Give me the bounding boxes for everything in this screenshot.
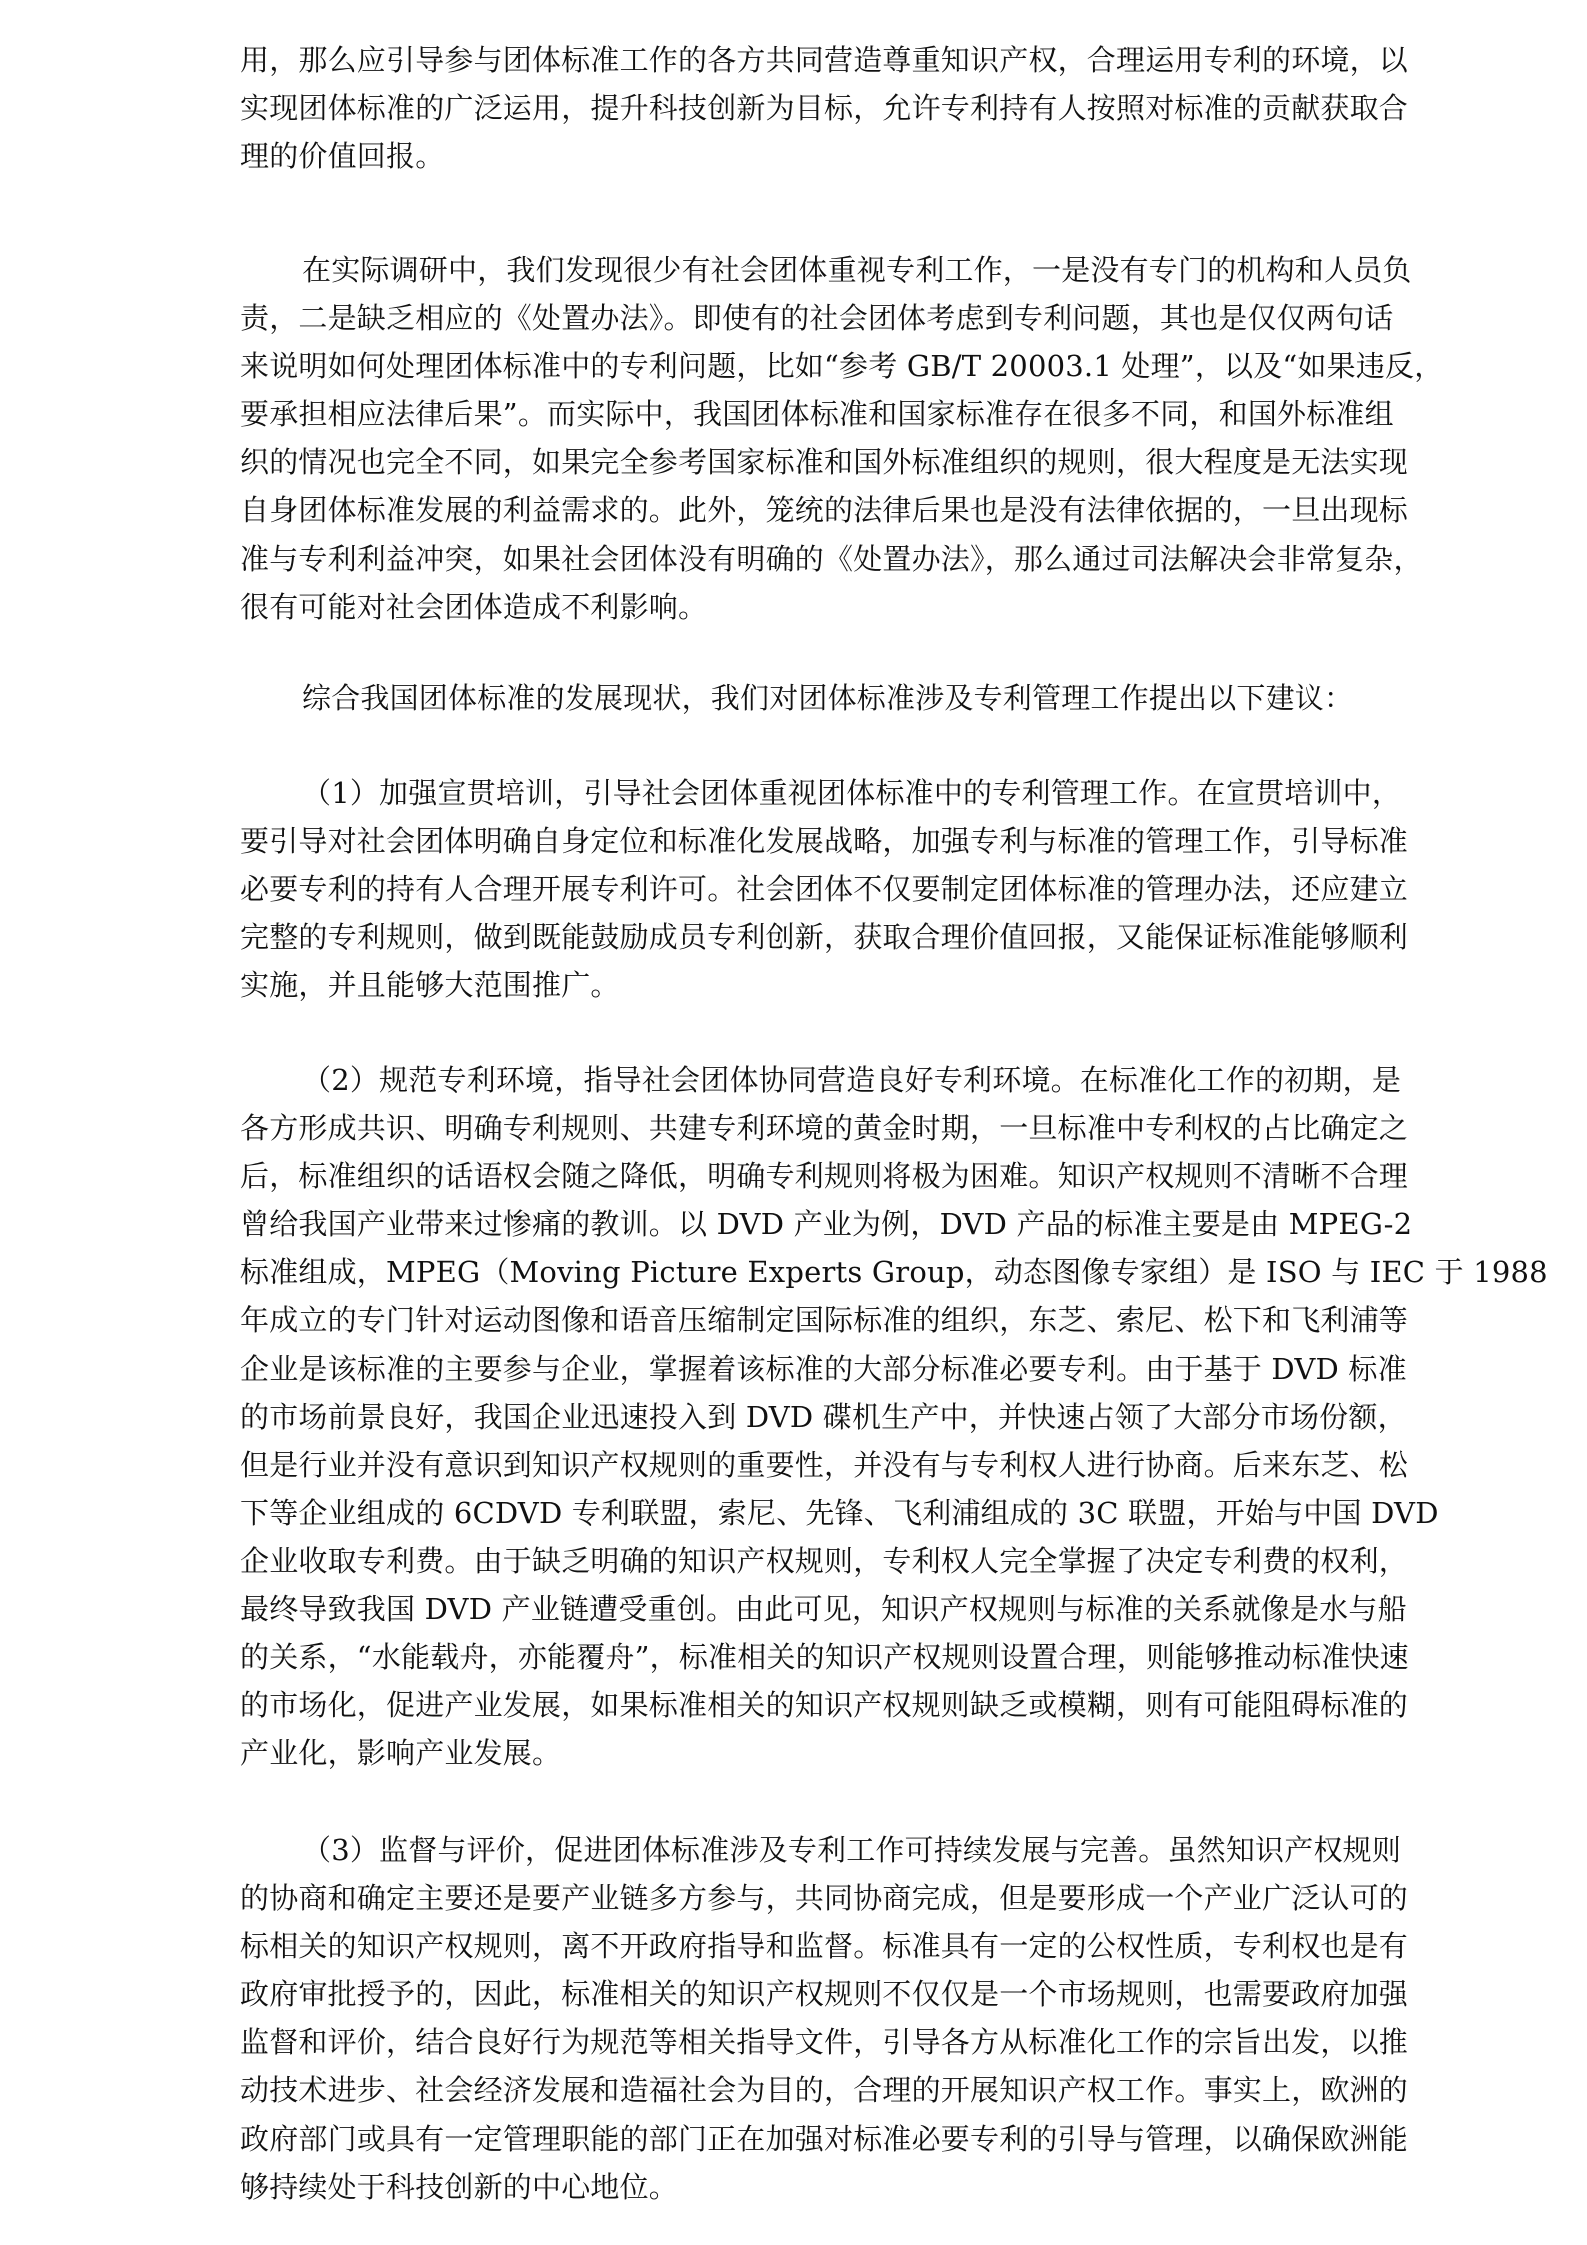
text-line: 标准组成，MPEG（Moving Picture Experts Group，动… [240, 1248, 1348, 1296]
text-line: （1）加强宣贯培训，引导社会团体重视团体标准中的专利管理工作。在宣贯培训中， [240, 769, 1348, 817]
text-line: 织的情况也完全不同，如果完全参考国家标准和国外标准组织的规则，很大程度是无法实现 [240, 438, 1348, 486]
paragraph-recommendation-1: （1）加强宣贯培训，引导社会团体重视团体标准中的专利管理工作。在宣贯培训中， 要… [240, 769, 1348, 1009]
text-line: 的市场化，促进产业发展，如果标准相关的知识产权规则缺乏或模糊，则有可能阻碍标准的 [240, 1681, 1348, 1729]
text-line: 准与专利利益冲突，如果社会团体没有明确的《处置办法》，那么通过司法解决会非常复杂… [240, 535, 1348, 583]
text-line: 的关系，“水能载舟，亦能覆舟”，标准相关的知识产权规则设置合理，则能够推动标准快… [240, 1633, 1348, 1681]
paragraph-continuation: 用，那么应引导参与团体标准工作的各方共同营造尊重知识产权，合理运用专利的环境，以… [240, 36, 1348, 180]
text-line: 动技术进步、社会经济发展和造福社会为目的，合理的开展知识产权工作。事实上，欧洲的 [240, 2066, 1348, 2114]
text-line: 实施，并且能够大范围推广。 [240, 961, 1348, 1009]
text-line: 最终导致我国 DVD 产业链遭受重创。由此可见，知识产权规则与标准的关系就像是水… [240, 1585, 1348, 1633]
text-line: 实现团体标准的广泛运用，提升科技创新为目标，允许专利持有人按照对标准的贡献获取合 [240, 84, 1348, 132]
text-line: 必要专利的持有人合理开展专利许可。社会团体不仅要制定团体标准的管理办法，还应建立 [240, 865, 1348, 913]
text-line: 政府部门或具有一定管理职能的部门正在加强对标准必要专利的引导与管理，以确保欧洲能 [240, 2115, 1348, 2163]
text-line: 综合我国团体标准的发展现状，我们对团体标准涉及专利管理工作提出以下建议： [240, 674, 1348, 722]
text-line: 的协商和确定主要还是要产业链多方参与，共同协商完成，但是要形成一个产业广泛认可的 [240, 1874, 1348, 1922]
text-line: 的市场前景良好，我国企业迅速投入到 DVD 碟机生产中，并快速占领了大部分市场份… [240, 1393, 1348, 1441]
text-line: 产业化，影响产业发展。 [240, 1729, 1348, 1777]
paragraph-recommendation-2: （2）规范专利环境，指导社会团体协同营造良好专利环境。在标准化工作的初期，是 各… [240, 1056, 1348, 1777]
text-line: 各方形成共识、明确专利规则、共建专利环境的黄金时期，一旦标准中专利权的占比确定之 [240, 1104, 1348, 1152]
text-line: 自身团体标准发展的利益需求的。此外，笼统的法律后果也是没有法律依据的，一旦出现标 [240, 486, 1348, 534]
text-line: 政府审批授予的，因此，标准相关的知识产权规则不仅仅是一个市场规则，也需要政府加强 [240, 1970, 1348, 2018]
text-line: 完整的专利规则，做到既能鼓励成员专利创新，获取合理价值回报，又能保证标准能够顺利 [240, 913, 1348, 961]
paragraph-recommendations-intro: 综合我国团体标准的发展现状，我们对团体标准涉及专利管理工作提出以下建议： [240, 674, 1348, 722]
text-line: 够持续处于科技创新的中心地位。 [240, 2163, 1348, 2211]
text-line: 很有可能对社会团体造成不利影响。 [240, 583, 1348, 631]
text-line: 理的价值回报。 [240, 132, 1348, 180]
text-line: 标相关的知识产权规则，离不开政府指导和监督。标准具有一定的公权性质，专利权也是有 [240, 1922, 1348, 1970]
text-line: 在实际调研中，我们发现很少有社会团体重视专利工作，一是没有专门的机构和人员负 [240, 246, 1348, 294]
text-line: 责，二是缺乏相应的《处置办法》。即使有的社会团体考虑到专利问题，其也是仅仅两句话 [240, 294, 1348, 342]
text-line: 要承担相应法律后果”。而实际中，我国团体标准和国家标准存在很多不同，和国外标准组 [240, 390, 1348, 438]
text-line: 企业是该标准的主要参与企业，掌握着该标准的大部分标准必要专利。由于基于 DVD … [240, 1345, 1348, 1393]
text-line: 企业收取专利费。由于缺乏明确的知识产权规则，专利权人完全掌握了决定专利费的权利， [240, 1537, 1348, 1585]
text-line: 用，那么应引导参与团体标准工作的各方共同营造尊重知识产权，合理运用专利的环境，以 [240, 36, 1348, 84]
text-line: 但是行业并没有意识到知识产权规则的重要性，并没有与专利权人进行协商。后来东芝、松 [240, 1441, 1348, 1489]
text-line: 下等企业组成的 6CDVD 专利联盟，索尼、先锋、飞利浦组成的 3C 联盟，开始… [240, 1489, 1348, 1537]
paragraph-recommendation-3: （3）监督与评价，促进团体标准涉及专利工作可持续发展与完善。虽然知识产权规则 的… [240, 1826, 1348, 2211]
text-line: （2）规范专利环境，指导社会团体协同营造良好专利环境。在标准化工作的初期，是 [240, 1056, 1348, 1104]
text-line: 曾给我国产业带来过惨痛的教训。以 DVD 产业为例，DVD 产品的标准主要是由 … [240, 1200, 1348, 1248]
text-line: 年成立的专门针对运动图像和语音压缩制定国际标准的组织，东芝、索尼、松下和飞利浦等 [240, 1296, 1348, 1344]
paragraph-research-findings: 在实际调研中，我们发现很少有社会团体重视专利工作，一是没有专门的机构和人员负 责… [240, 246, 1348, 631]
text-line: 监督和评价，结合良好行为规范等相关指导文件，引导各方从标准化工作的宗旨出发，以推 [240, 2018, 1348, 2066]
text-line: （3）监督与评价，促进团体标准涉及专利工作可持续发展与完善。虽然知识产权规则 [240, 1826, 1348, 1874]
text-line: 后，标准组织的话语权会随之降低，明确专利规则将极为困难。知识产权规则不清晰不合理 [240, 1152, 1348, 1200]
text-line: 要引导对社会团体明确自身定位和标准化发展战略，加强专利与标准的管理工作，引导标准 [240, 817, 1348, 865]
text-line: 来说明如何处理团体标准中的专利问题，比如“参考 GB/T 20003.1 处理”… [240, 342, 1348, 390]
document-page: 用，那么应引导参与团体标准工作的各方共同营造尊重知识产权，合理运用专利的环境，以… [0, 0, 1587, 2245]
